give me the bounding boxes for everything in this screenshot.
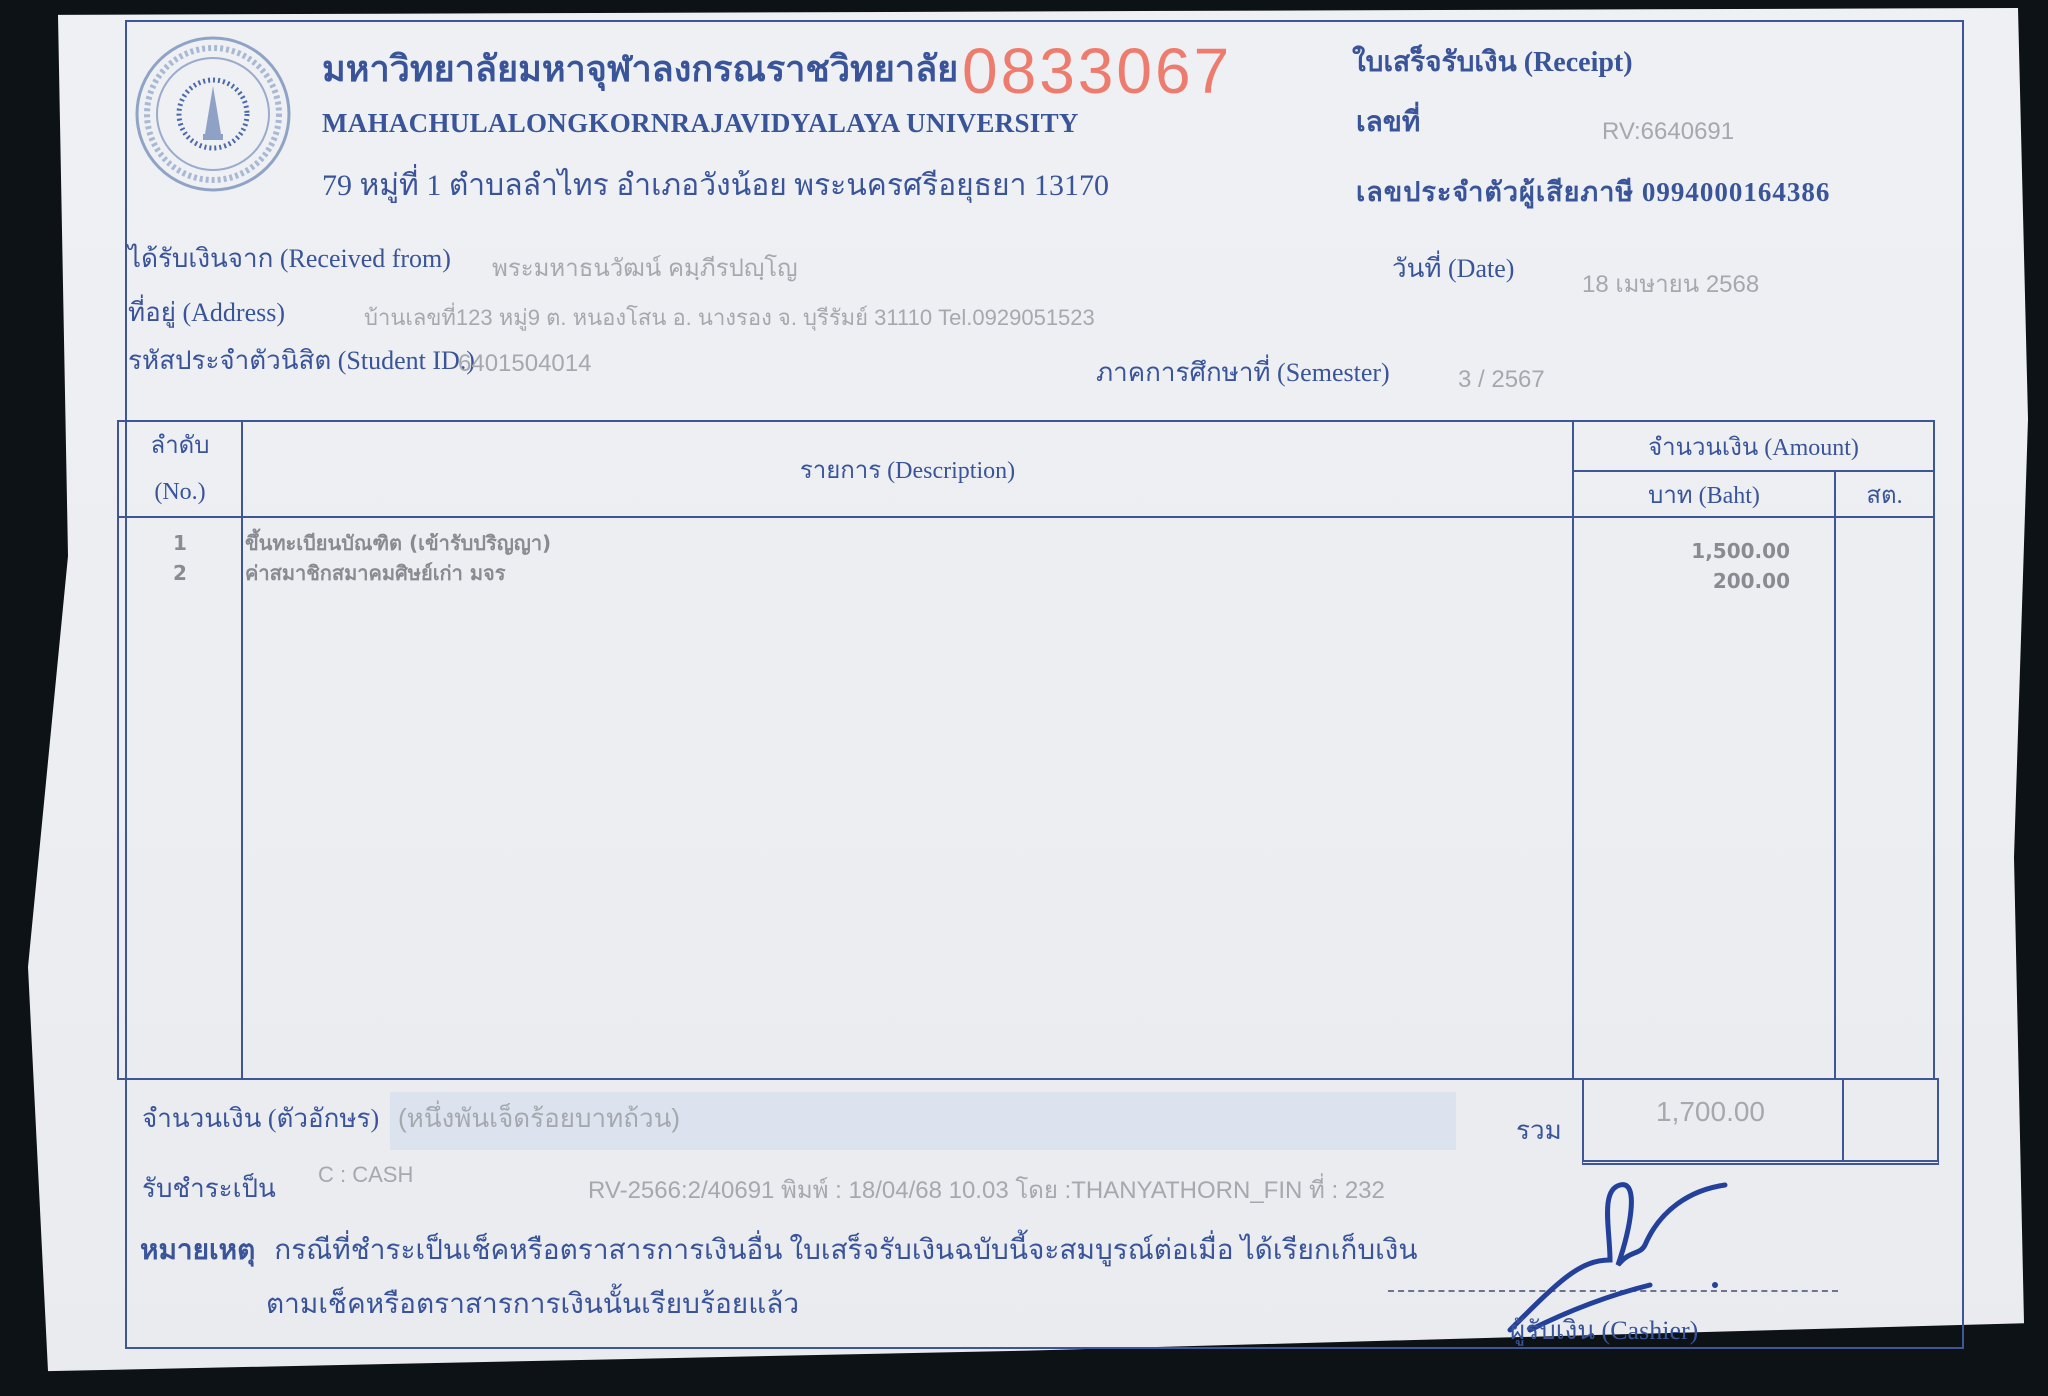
header-satang: สต. xyxy=(1835,471,1934,517)
date-label: วันที่ (Date) xyxy=(1392,248,1514,289)
baht-column: 1,500.00 200.00 xyxy=(1573,517,1835,1079)
tax-id: เลขประจำตัวผู้เสียภาษี 0994000164386 xyxy=(1356,170,1830,213)
table-row: ค่าสมาชิกสมาคมศิษย์เก่า มจร xyxy=(245,558,1571,588)
header-description: รายการ (Description) xyxy=(242,421,1573,517)
tax-id-value: 0994000164386 xyxy=(1642,177,1831,207)
note-line-1: กรณีที่ชำระเป็นเช็คหรือตราสารการเงินอื่น… xyxy=(274,1235,1417,1266)
note: หมายเหตุ กรณีที่ชำระเป็นเช็คหรือตราสารกา… xyxy=(140,1228,1418,1272)
student-id-value: 6401504014 xyxy=(458,350,591,378)
receipt-number-value: RV:6640691 xyxy=(1602,118,1734,146)
header-amount: จำนวนเงิน (Amount) xyxy=(1573,421,1934,471)
total-value: 1,700.00 xyxy=(1656,1096,1765,1128)
university-seal-icon xyxy=(133,34,293,194)
receipt-title: ใบเสร็จรับเงิน (Receipt) xyxy=(1352,40,1633,84)
no-column: 1 2 xyxy=(118,517,242,1079)
cashier-label: ผู้รับเงิน (Cashier) xyxy=(1510,1310,1698,1351)
serial-number: 0833067 xyxy=(962,34,1232,108)
header-baht: บาท (Baht) xyxy=(1573,471,1835,517)
amount-words-value: (หนึ่งพันเจ็ดร้อยบาทถ้วน) xyxy=(398,1098,680,1139)
semester-value: 3 / 2567 xyxy=(1458,366,1545,394)
total-label: รวม xyxy=(1516,1110,1562,1151)
amount-words-label: จำนวนเงิน (ตัวอักษร) xyxy=(142,1098,379,1139)
address-value: บ้านเลขที่123 หมู่9 ต. หนองโสน อ. นางรอง… xyxy=(364,300,1095,335)
received-from-value: พระมหาธนวัฒน์ คมฺภีรปญฺโญ xyxy=(492,248,798,287)
items-table: ลำดับ (No.) รายการ (Description) จำนวนเง… xyxy=(117,420,1935,1080)
university-name-en: MAHACHULALONGKORNRAJAVIDYALAYA UNIVERSIT… xyxy=(322,108,1079,139)
date-value: 18 เมษายน 2568 xyxy=(1582,264,1759,303)
semester-label: ภาคการศึกษาที่ (Semester) xyxy=(1096,352,1390,393)
total-box: 1,700.00 xyxy=(1582,1078,1939,1165)
receipt-number-label: เลขที่ xyxy=(1356,100,1420,144)
university-address: 79 หมู่ที่ 1 ตำบลลำไทร อำเภอวังน้อย พระน… xyxy=(322,162,1109,209)
satang-column xyxy=(1835,517,1934,1079)
payment-label: รับชำระเป็น xyxy=(142,1168,276,1209)
description-column: ขึ้นทะเบียนบัณฑิต (เข้ารับปริญญา) ค่าสมา… xyxy=(242,517,1573,1079)
print-info: RV-2566:2/40691 พิมพ์ : 18/04/68 10.03 โ… xyxy=(588,1170,1385,1209)
note-line-2: ตามเช็คหรือตราสารการเงินนั้นเรียบร้อยแล้… xyxy=(266,1282,799,1326)
address-label: ที่อยู่ (Address) xyxy=(128,292,285,333)
note-label: หมายเหตุ xyxy=(140,1235,255,1266)
header-no: ลำดับ (No.) xyxy=(118,421,242,517)
tax-id-label: เลขประจำตัวผู้เสียภาษี xyxy=(1356,177,1634,207)
student-id-label: รหัสประจำตัวนิสิต (Student ID.) xyxy=(128,340,475,381)
received-from-label: ได้รับเงินจาก (Received from) xyxy=(128,238,451,279)
payment-method: C : CASH xyxy=(318,1162,413,1188)
table-row: ขึ้นทะเบียนบัณฑิต (เข้ารับปริญญา) xyxy=(245,528,1571,558)
university-name-th: มหาวิทยาลัยมหาจุฬาลงกรณราชวิทยาลัย xyxy=(322,40,958,97)
